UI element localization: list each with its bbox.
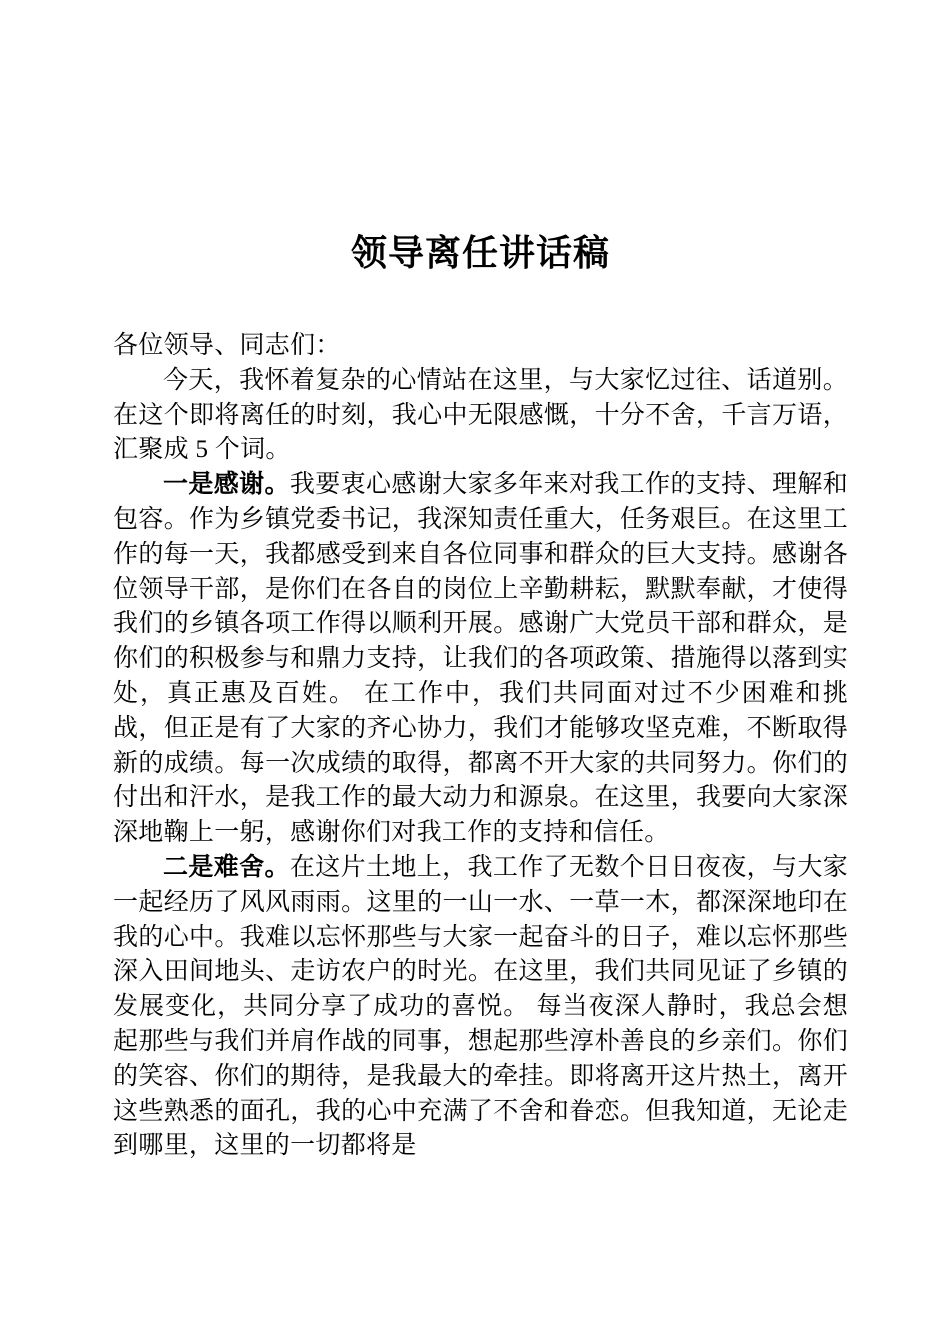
document-body: 各位领导、同志们：今天，我怀着复杂的心情站在这里，与大家忆过往、话道别。在这个即… <box>113 329 848 1164</box>
text-run: 各位领导、同志们： <box>113 332 341 359</box>
text-run: 我要衷心感谢大家多年来对我工作的支持、理解和包容。作为乡镇党委书记，我深知责任重… <box>113 471 848 846</box>
text-run: 今天，我怀着复杂的心情站在这里，与大家忆过往、话道别。在这个即将离任的时刻，我心… <box>113 367 848 464</box>
paragraph: 二是难舍。在这片土地上，我工作了无数个日日夜夜，与大家一起经历了风风雨雨。这里的… <box>113 851 848 1164</box>
bold-text-run: 二是难舍。 <box>163 854 290 881</box>
document-page: 领导离任讲话稿 各位领导、同志们：今天，我怀着复杂的心情站在这里，与大家忆过往、… <box>0 0 950 1344</box>
paragraph: 一是感谢。我要衷心感谢大家多年来对我工作的支持、理解和包容。作为乡镇党委书记，我… <box>113 468 848 851</box>
paragraph: 各位领导、同志们： <box>113 329 848 364</box>
text-run: 在这片土地上，我工作了无数个日日夜夜，与大家一起经历了风风雨雨。这里的一山一水、… <box>113 854 848 1159</box>
document-title: 领导离任讲话稿 <box>113 231 848 275</box>
document-content: 领导离任讲话稿 各位领导、同志们：今天，我怀着复杂的心情站在这里，与大家忆过往、… <box>0 231 950 1164</box>
bold-text-run: 一是感谢。 <box>163 471 290 498</box>
paragraph: 今天，我怀着复杂的心情站在这里，与大家忆过往、话道别。在这个即将离任的时刻，我心… <box>113 364 848 468</box>
